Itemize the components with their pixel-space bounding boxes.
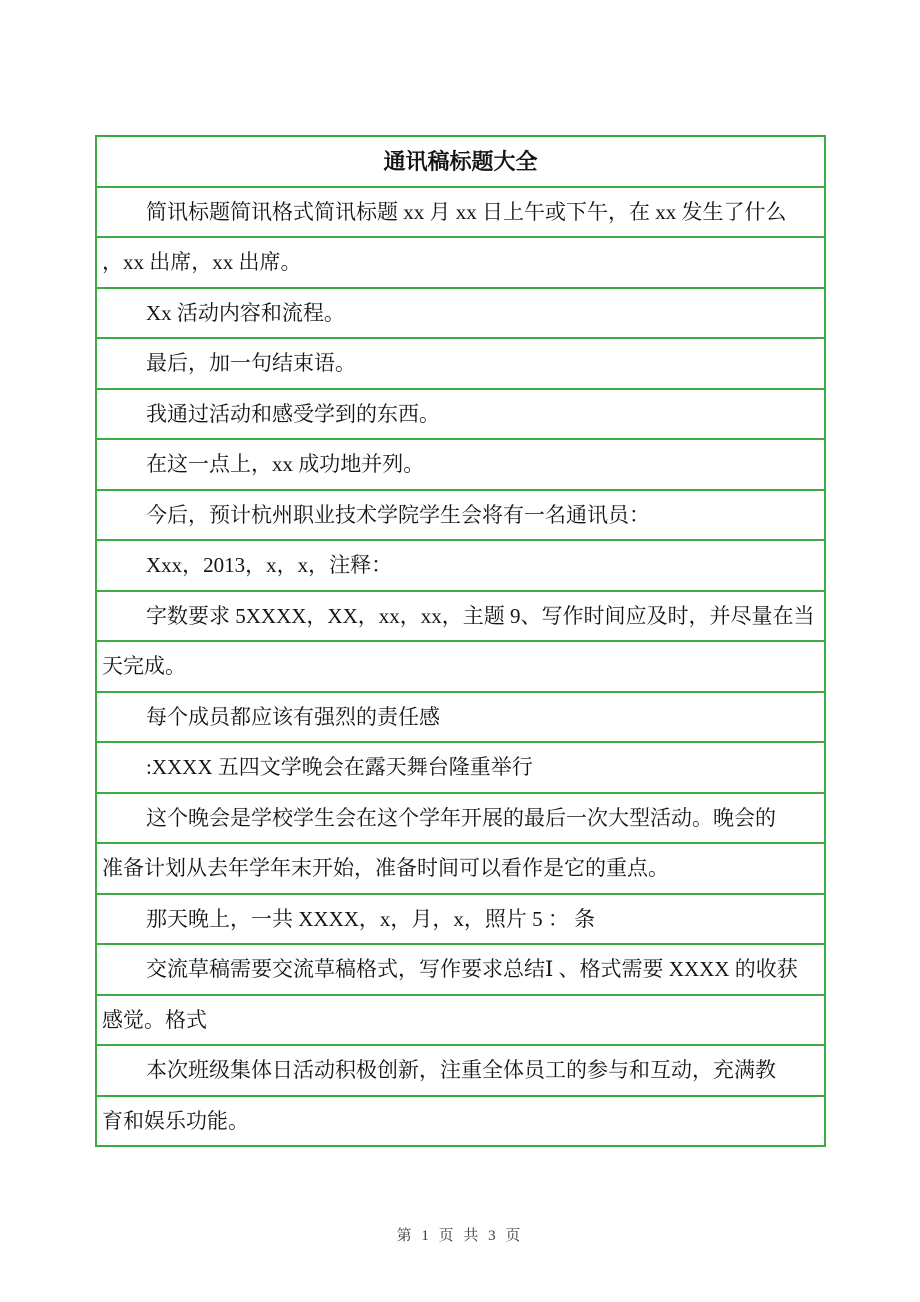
table-row: Xxx，2013，x，x，注释： bbox=[97, 541, 824, 592]
table-row-title: 通讯稿标题大全 bbox=[97, 137, 824, 188]
table-row: 交流草稿需要交流草稿格式，写作要求总结Ⅰ 、格式需要 XXXX 的收获 bbox=[97, 945, 824, 996]
table-row: 今后，预计杭州职业技术学院学生会将有一名通讯员： bbox=[97, 491, 824, 542]
row-text: 感觉。格式 bbox=[97, 1008, 824, 1032]
row-text: 天完成。 bbox=[97, 654, 824, 678]
row-text: 交流草稿需要交流草稿格式，写作要求总结Ⅰ 、格式需要 XXXX 的收获 bbox=[97, 957, 824, 981]
table-row: 感觉。格式 bbox=[97, 996, 824, 1047]
row-text: 在这一点上，xx 成功地并列。 bbox=[97, 452, 824, 476]
page-number-footer: 第 1 页 共 3 页 bbox=[0, 1224, 920, 1245]
table-row: :XXXX 五四文学晚会在露天舞台隆重举行 bbox=[97, 743, 824, 794]
table-row: 最后，加一句结束语。 bbox=[97, 339, 824, 390]
table-row: 本次班级集体日活动积极创新，注重全体员工的参与和互动，充满教 bbox=[97, 1046, 824, 1097]
row-text: Xx 活动内容和流程。 bbox=[97, 301, 824, 325]
table-row: 天完成。 bbox=[97, 642, 824, 693]
document-page: 通讯稿标题大全 简讯标题简讯格式简讯标题 xx 月 xx 日上午或下午，在 xx… bbox=[0, 0, 920, 1302]
table-row: 那天晚上，一共 XXXX，x，月，x，照片 5 ： 条 bbox=[97, 895, 824, 946]
table-row: 字数要求 5XXXX，XX，xx，xx，主题 9、写作时间应及时，并尽量在当 bbox=[97, 592, 824, 643]
row-text: 育和娱乐功能。 bbox=[97, 1109, 824, 1133]
row-text: ，xx 出席，xx 出席。 bbox=[97, 250, 824, 274]
row-text: 每个成员都应该有强烈的责任感 bbox=[97, 705, 824, 729]
row-text: 准备计划从去年学年末开始，准备时间可以看作是它的重点。 bbox=[97, 856, 824, 880]
row-text: 本次班级集体日活动积极创新，注重全体员工的参与和互动，充满教 bbox=[97, 1058, 824, 1082]
row-text: Xxx，2013，x，x，注释： bbox=[97, 553, 824, 577]
row-text: :XXXX 五四文学晚会在露天舞台隆重举行 bbox=[97, 755, 824, 779]
table-row: 每个成员都应该有强烈的责任感 bbox=[97, 693, 824, 744]
row-text: 这个晚会是学校学生会在这个学年开展的最后一次大型活动。晚会的 bbox=[97, 806, 824, 830]
table-row: 简讯标题简讯格式简讯标题 xx 月 xx 日上午或下午，在 xx 发生了什么 bbox=[97, 188, 824, 239]
table-row: 我通过活动和感受学到的东西。 bbox=[97, 390, 824, 441]
row-text: 我通过活动和感受学到的东西。 bbox=[97, 402, 824, 426]
table-row: Xx 活动内容和流程。 bbox=[97, 289, 824, 340]
table-row: ，xx 出席，xx 出席。 bbox=[97, 238, 824, 289]
row-text: 那天晚上，一共 XXXX，x，月，x，照片 5 ： 条 bbox=[97, 907, 824, 931]
bordered-table: 通讯稿标题大全 简讯标题简讯格式简讯标题 xx 月 xx 日上午或下午，在 xx… bbox=[95, 135, 826, 1147]
page-title: 通讯稿标题大全 bbox=[97, 149, 824, 174]
table-row: 育和娱乐功能。 bbox=[97, 1097, 824, 1146]
row-text: 今后，预计杭州职业技术学院学生会将有一名通讯员： bbox=[97, 503, 824, 527]
row-text: 最后，加一句结束语。 bbox=[97, 351, 824, 375]
table-row: 在这一点上，xx 成功地并列。 bbox=[97, 440, 824, 491]
table-row: 这个晚会是学校学生会在这个学年开展的最后一次大型活动。晚会的 bbox=[97, 794, 824, 845]
table-row: 准备计划从去年学年末开始，准备时间可以看作是它的重点。 bbox=[97, 844, 824, 895]
row-text: 简讯标题简讯格式简讯标题 xx 月 xx 日上午或下午，在 xx 发生了什么 bbox=[97, 200, 824, 224]
row-text: 字数要求 5XXXX，XX，xx，xx，主题 9、写作时间应及时，并尽量在当 bbox=[97, 604, 824, 628]
